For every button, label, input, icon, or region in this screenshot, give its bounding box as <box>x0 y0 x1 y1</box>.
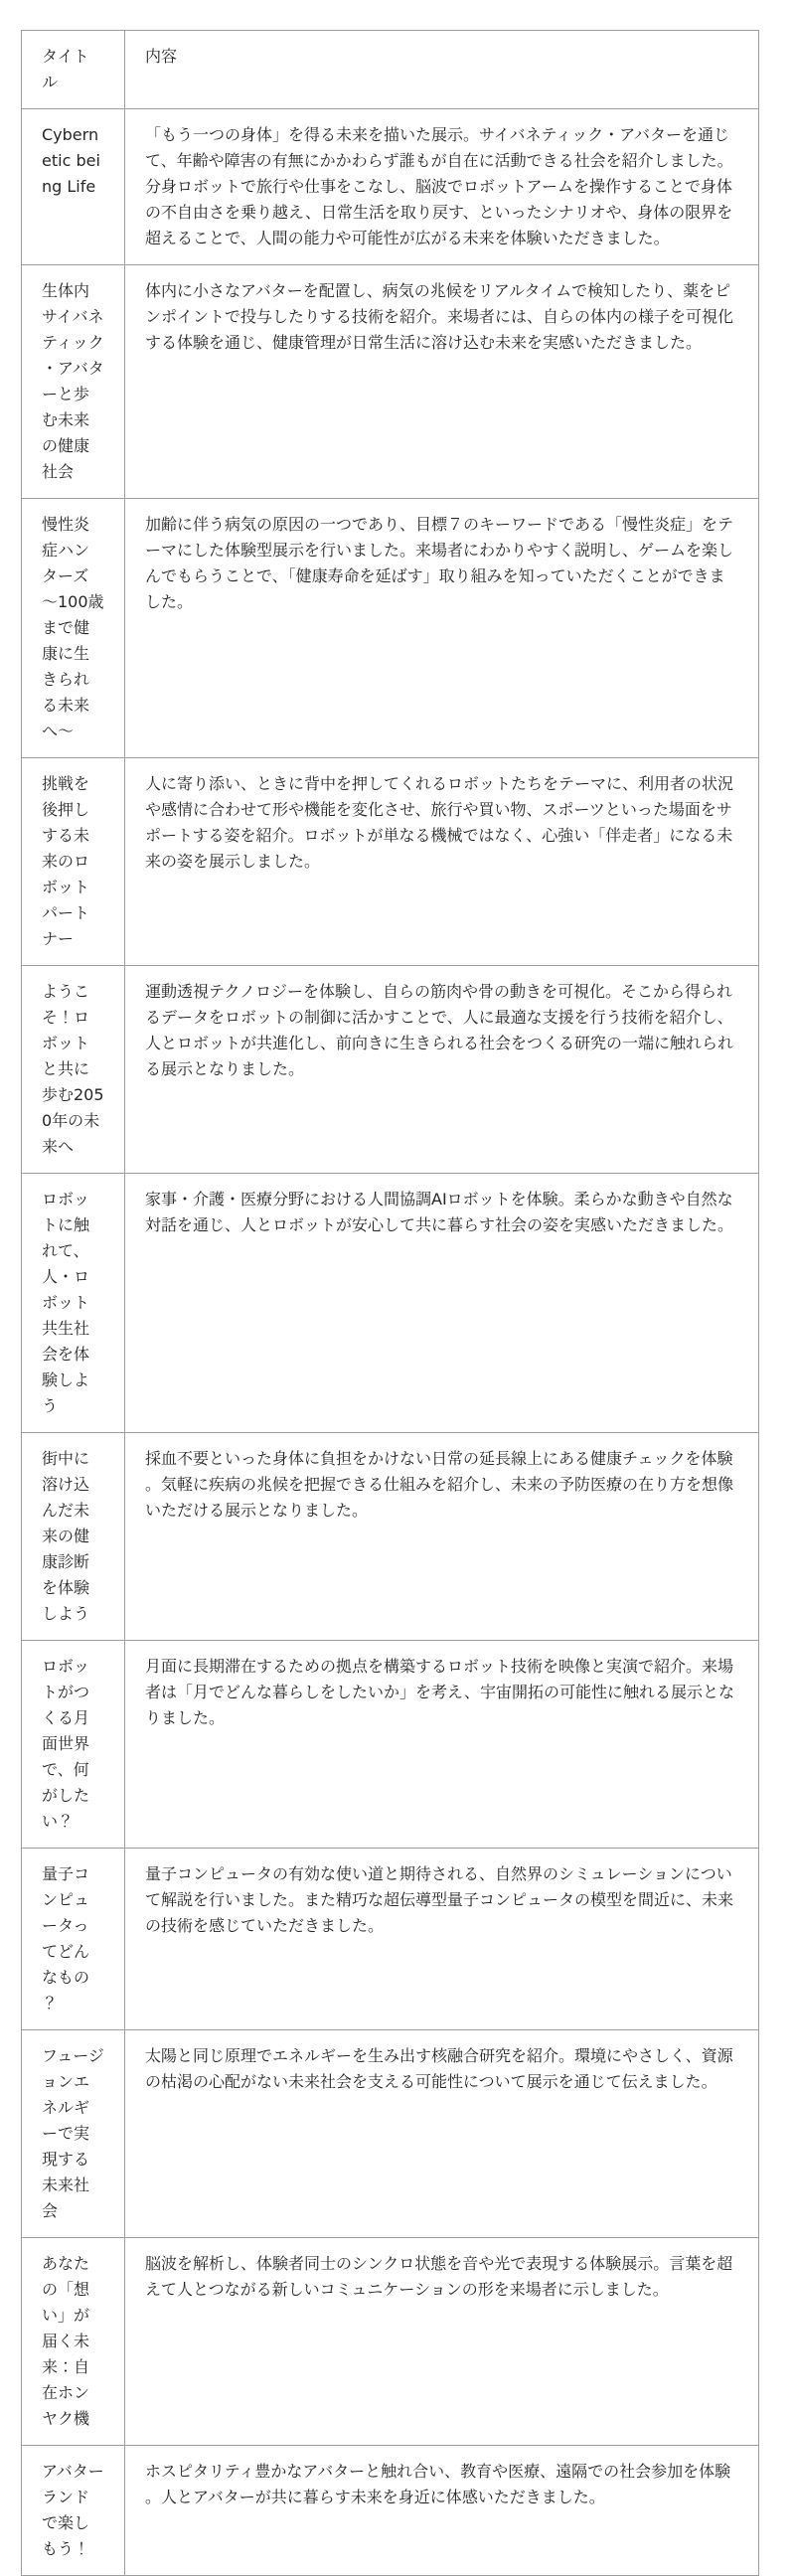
exhibit-title-cell: ロボットに触れて、人・ロボット共生社会を体験しよう <box>22 1174 125 1433</box>
exhibit-title-cell: 量子コンピュータってどんなもの？ <box>22 1849 125 2030</box>
exhibit-title-cell: 街中に溶け込んだ未来の健康診断を体験しよう <box>22 1433 125 1641</box>
exhibit-title-cell: 挑戦を後押しする未来のロボットパートナー <box>22 758 125 966</box>
exhibit-title-cell: アバターランドで楽しもう！ <box>22 2446 125 2576</box>
exhibit-content-cell: 家事・介護・医療分野における人間協調AIロボットを体験。柔らかな動きや自然な対話… <box>125 1174 759 1433</box>
column-header-content: 内容 <box>125 31 759 109</box>
exhibit-title-cell: あなたの「想い」が届く未来：自在ホンヤク機 <box>22 2238 125 2446</box>
table-row: ロボットがつくる月面世界で、何がしたい？ 月面に長期滞在するための拠点を構築する… <box>22 1641 759 1849</box>
exhibit-content-cell: 採血不要といった身体に負担をかけない日常の延長線上にある健康チェックを体験。気軽… <box>125 1433 759 1641</box>
table-row: 慢性炎症ハンターズ ～100歳まで健康に生きられる未来へ～ 加齢に伴う病気の原因… <box>22 499 759 758</box>
table-row: ようこそ！ロボットと共に歩む2050年の未来へ 運動透視テクノロジーを体験し、自… <box>22 966 759 1174</box>
exhibit-title-cell: ようこそ！ロボットと共に歩む2050年の未来へ <box>22 966 125 1174</box>
header-row: タイトル 内容 <box>22 31 759 109</box>
exhibit-content-cell: 加齢に伴う病気の原因の一つであり、目標７のキーワードである「慢性炎症」をテーマに… <box>125 499 759 758</box>
exhibit-content-cell: 人に寄り添い、ときに背中を押してくれるロボットたちをテーマに、利用者の状況や感情… <box>125 758 759 966</box>
table-row: 量子コンピュータってどんなもの？ 量子コンピュータの有効な使い道と期待される、自… <box>22 1849 759 2030</box>
exhibit-content-cell: 体内に小さなアバターを配置し、病気の兆候をリアルタイムで検知したり、薬をピンポイ… <box>125 265 759 499</box>
exhibit-title-cell: 生体内サイバネティック・アバターと歩む未来の健康社会 <box>22 265 125 499</box>
exhibit-content-cell: ホスピタリティ豊かなアバターと触れ合い、教育や医療、遠隔での社会参加を体験。人と… <box>125 2446 759 2576</box>
table-row: Cybernetic being Life 「もう一つの身体」を得る未来を描いた… <box>22 109 759 265</box>
table-row: ロボットに触れて、人・ロボット共生社会を体験しよう 家事・介護・医療分野における… <box>22 1174 759 1433</box>
table-row: フュージョンエネルギーで実現する未来社会 太陽と同じ原理でエネルギーを生み出す核… <box>22 2030 759 2238</box>
table-row: 挑戦を後押しする未来のロボットパートナー 人に寄り添い、ときに背中を押してくれる… <box>22 758 759 966</box>
table-body: Cybernetic being Life 「もう一つの身体」を得る未来を描いた… <box>22 109 759 2576</box>
column-header-title: タイトル <box>22 31 125 109</box>
exhibit-content-cell: 脳波を解析し、体験者同士のシンクロ状態を音や光で表現する体験展示。言葉を超えて人… <box>125 2238 759 2446</box>
exhibit-content-cell: 運動透視テクノロジーを体験し、自らの筋肉や骨の動きを可視化。そこから得られるデー… <box>125 966 759 1174</box>
exhibit-content-cell: 太陽と同じ原理でエネルギーを生み出す核融合研究を紹介。環境にやさしく、資源の枯渇… <box>125 2030 759 2238</box>
exhibit-title-cell: Cybernetic being Life <box>22 109 125 265</box>
exhibit-content-cell: 月面に長期滞在するための拠点を構築するロボット技術を映像と実演で紹介。来場者は「… <box>125 1641 759 1849</box>
exhibit-title-cell: ロボットがつくる月面世界で、何がしたい？ <box>22 1641 125 1849</box>
table-row: あなたの「想い」が届く未来：自在ホンヤク機 脳波を解析し、体験者同士のシンクロ状… <box>22 2238 759 2446</box>
exhibit-content-cell: 「もう一つの身体」を得る未来を描いた展示。サイバネティック・アバターを通じて、年… <box>125 109 759 265</box>
exhibit-title-cell: フュージョンエネルギーで実現する未来社会 <box>22 2030 125 2238</box>
table-row: 生体内サイバネティック・アバターと歩む未来の健康社会 体内に小さなアバターを配置… <box>22 265 759 499</box>
exhibit-title-cell: 慢性炎症ハンターズ ～100歳まで健康に生きられる未来へ～ <box>22 499 125 758</box>
table-row: 街中に溶け込んだ未来の健康診断を体験しよう 採血不要といった身体に負担をかけない… <box>22 1433 759 1641</box>
exhibits-table: タイトル 内容 Cybernetic being Life 「もう一つの身体」を… <box>21 30 759 2576</box>
table-row: アバターランドで楽しもう！ ホスピタリティ豊かなアバターと触れ合い、教育や医療、… <box>22 2446 759 2576</box>
exhibit-content-cell: 量子コンピュータの有効な使い道と期待される、自然界のシミュレーションについて解説… <box>125 1849 759 2030</box>
page: タイトル 内容 Cybernetic being Life 「もう一つの身体」を… <box>0 30 795 2576</box>
